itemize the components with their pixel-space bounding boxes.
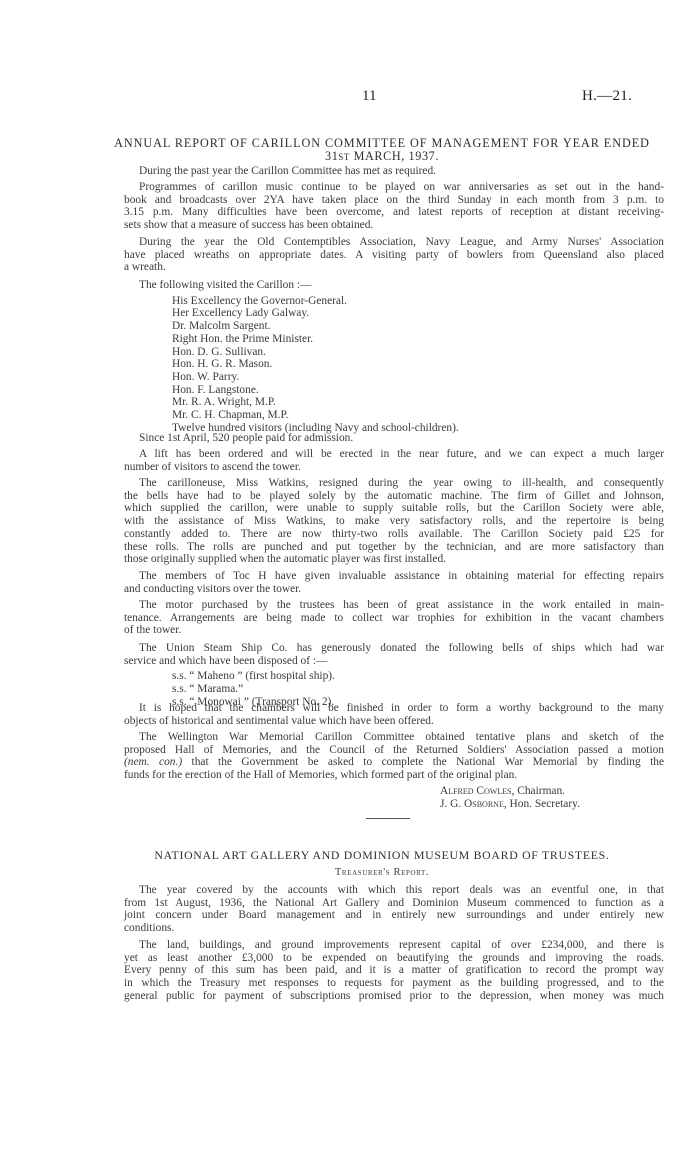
- text-line: proposed Hall of Memories, and the Counc…: [124, 744, 664, 757]
- carillon-report-date: 31ST MARCH, 1937.: [112, 149, 652, 165]
- text-line: The land, buildings, and ground improvem…: [124, 939, 664, 952]
- paragraph-meetings: During the past year the Carillon Commit…: [124, 165, 664, 178]
- paragraph-ship-bells: The Union Steam Ship Co. has generously …: [124, 642, 664, 709]
- section-divider: [366, 818, 410, 819]
- paragraph-wreaths: During the year the Old Contemptibles As…: [124, 236, 664, 274]
- text-line: and conducting visitors over the tower.: [124, 583, 664, 596]
- visitor-item: Hon. W. Parry.: [124, 371, 664, 384]
- paragraph-programmes: Programmes of carillon music continue to…: [124, 181, 664, 232]
- text-line: A lift has been ordered and will be erec…: [124, 448, 664, 461]
- paragraph-eventful-year: The year covered by the accounts with wh…: [124, 884, 664, 935]
- text-line: conditions.: [124, 922, 664, 935]
- text-line: have placed wreaths on appropriate dates…: [124, 249, 664, 262]
- visitor-item: Right Hon. the Prime Minister.: [124, 333, 664, 346]
- page-number: 11: [362, 88, 376, 105]
- text-line: It is hoped that the chambers will be fi…: [124, 702, 664, 715]
- signature-secretary: J. G. Osborne, Hon. Secretary.: [440, 798, 580, 811]
- paragraph-admission: Since 1st April, 520 people paid for adm…: [124, 432, 664, 445]
- text-line: funds for the erection of the Hall of Me…: [124, 769, 664, 782]
- text-line: those originally supplied when the autom…: [124, 553, 664, 566]
- text-line: general public for payment of subscripti…: [124, 990, 664, 1003]
- visitor-item: Her Excellency Lady Galway.: [124, 307, 664, 320]
- paragraph-hall-of-memories: The Wellington War Memorial Carillon Com…: [124, 731, 664, 782]
- visitors-list: The following visited the Carillon :— Hi…: [124, 279, 664, 434]
- paragraph-toc-h: The members of Toc H have given invaluab…: [124, 570, 664, 595]
- text-line: book and broadcasts over 2YA have taken …: [124, 194, 664, 207]
- signatory-name: Alfred Cowles: [440, 785, 512, 797]
- text-line: from 1st August, 1936, the National Art …: [124, 897, 664, 910]
- ship-item: s.s. “ Maheno ” (first hospital ship).: [124, 670, 664, 683]
- text-span: that the Government be asked to complete…: [182, 756, 664, 768]
- visitor-item: Hon. H. G. R. Mason.: [124, 358, 664, 371]
- text-line: a wreath.: [124, 261, 664, 274]
- text-line: The Union Steam Ship Co. has generously …: [124, 642, 664, 655]
- text-line: The members of Toc H have given invaluab…: [124, 570, 664, 583]
- text-line: The year covered by the accounts with wh…: [124, 884, 664, 897]
- visitor-item: Mr. R. A. Wright, M.P.: [124, 396, 664, 409]
- text-line: Since 1st April, 520 people paid for adm…: [124, 432, 664, 445]
- text-line: objects of historical and sentimental va…: [124, 715, 664, 728]
- paragraph-motor: The motor purchased by the trustees has …: [124, 599, 664, 637]
- signatory-role: , Hon. Secretary.: [504, 798, 580, 810]
- text-line: The carilloneuse, Miss Watkins, resigned…: [124, 477, 664, 490]
- paragraph-lift: A lift has been ordered and will be erec…: [124, 448, 664, 473]
- visitor-item: Hon. F. Langstone.: [124, 384, 664, 397]
- visitor-item: His Excellency the Governor-General.: [124, 295, 664, 308]
- text-line: During the year the Old Contemptibles As…: [124, 236, 664, 249]
- text-line: constantly added to. There are now thirt…: [124, 528, 664, 541]
- ship-item: s.s. “ Marama.”: [124, 683, 664, 696]
- text-line: Every penny of this sum has been paid, a…: [124, 964, 664, 977]
- text-line: joint concern under Board management and…: [124, 909, 664, 922]
- visitor-item: Dr. Malcolm Sargent.: [124, 320, 664, 333]
- visitor-item: Mr. C. H. Chapman, M.P.: [124, 409, 664, 422]
- text-line: the bells have had to be played solely b…: [124, 490, 664, 503]
- text-line: Programmes of carillon music continue to…: [124, 181, 664, 194]
- text-line: The Wellington War Memorial Carillon Com…: [124, 731, 664, 744]
- text-line: During the past year the Carillon Commit…: [124, 165, 664, 178]
- visitor-item: Hon. D. G. Sullivan.: [124, 346, 664, 359]
- museum-report-subtitle: Treasurer's Report.: [112, 867, 652, 878]
- text-line: service and which have been disposed of …: [124, 655, 664, 668]
- text-line: tenance. Arrangements are being made to …: [124, 612, 664, 625]
- visitors-intro: The following visited the Carillon :—: [124, 279, 664, 292]
- paragraph-chambers: It is hoped that the chambers will be fi…: [124, 702, 664, 727]
- text-line: number of visitors to ascend the tower.: [124, 461, 664, 474]
- text-line: The motor purchased by the trustees has …: [124, 599, 664, 612]
- text-line: in which the Treasury met responses to r…: [124, 977, 664, 990]
- date-ordinal: ST: [338, 152, 350, 162]
- signatory-role: , Chairman.: [512, 785, 565, 797]
- text-line: these rolls. The rolls are punched and p…: [124, 541, 664, 554]
- latin-phrase: (nem. con.): [124, 756, 182, 768]
- text-line: sets show that a measure of success has …: [124, 219, 664, 232]
- text-line: with the assistance of Miss Watkins, to …: [124, 515, 664, 528]
- text-line: which supplied the carillon, were unable…: [124, 502, 664, 515]
- date-day: 31: [325, 149, 338, 163]
- signatory-name: J. G. Osborne: [440, 798, 504, 810]
- text-line: of the tower.: [124, 624, 664, 637]
- date-rest: MARCH, 1937.: [350, 149, 439, 163]
- paragraph-carilloneuse: The carilloneuse, Miss Watkins, resigned…: [124, 477, 664, 566]
- text-line: (nem. con.) that the Government be asked…: [124, 756, 664, 769]
- text-line: yet as least another £3,000 to be expend…: [124, 952, 664, 965]
- document-reference: H.—21.: [582, 88, 632, 105]
- signature-chairman: Alfred Cowles, Chairman.: [440, 785, 565, 798]
- text-line: 3.15 p.m. Many difficulties have been ov…: [124, 206, 664, 219]
- museum-report-title: NATIONAL ART GALLERY AND DOMINION MUSEUM…: [112, 848, 652, 863]
- paragraph-capital: The land, buildings, and ground improvem…: [124, 939, 664, 1003]
